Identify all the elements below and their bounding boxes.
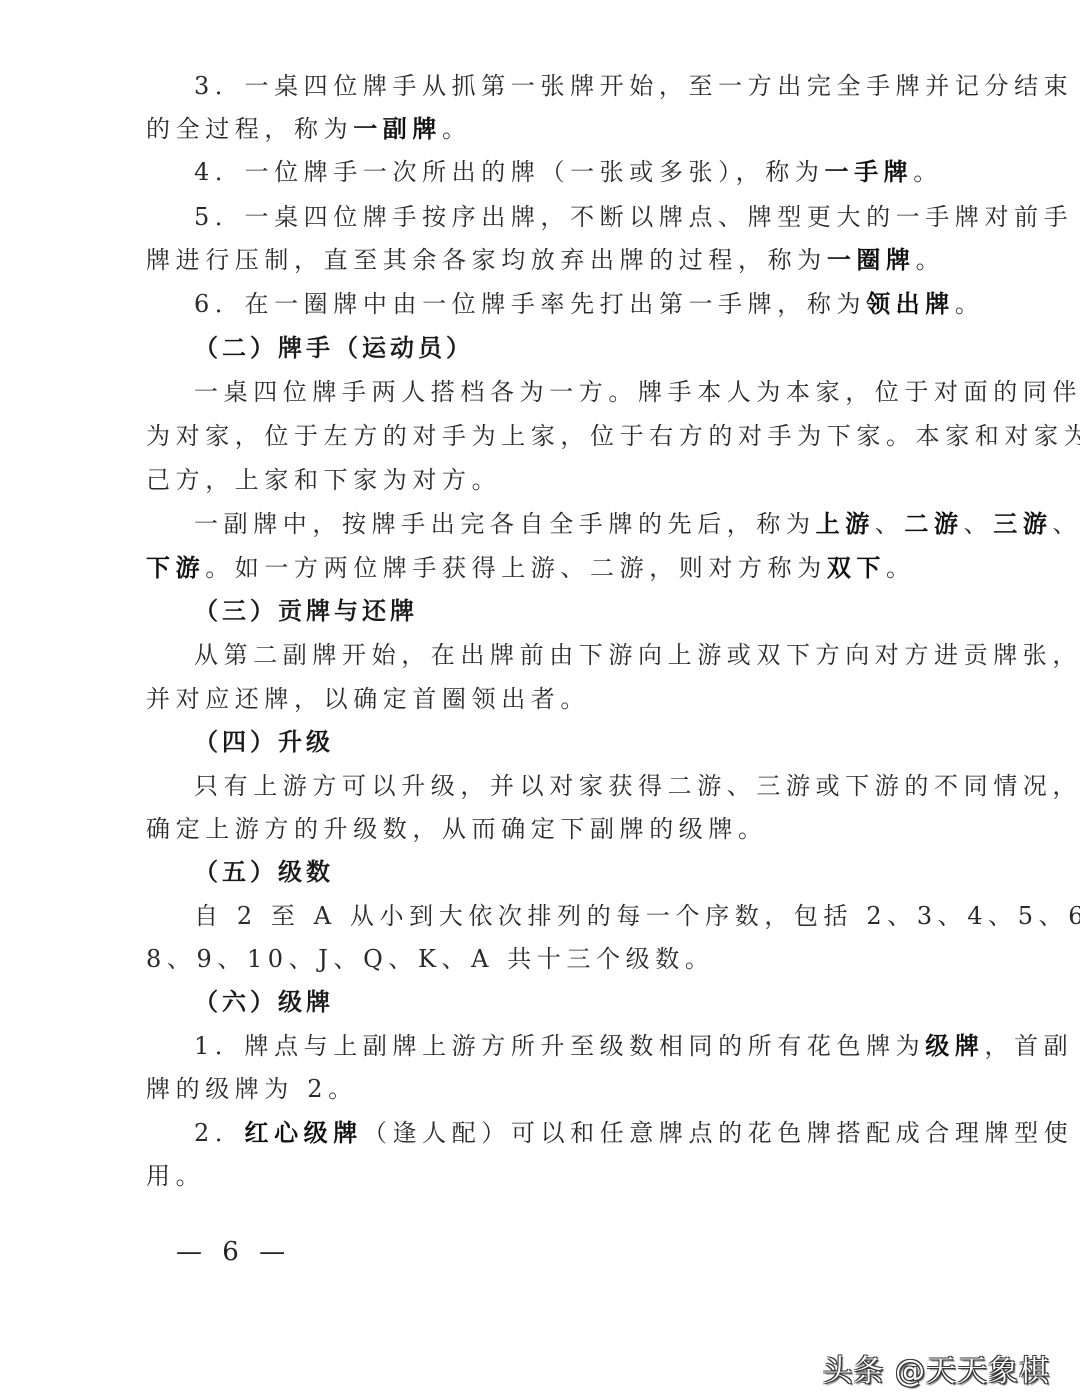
text-run: 为对家，位于左方的对手为上家，位于右方的对手为下家。本家和对家为 xyxy=(146,422,1080,450)
paragraph-line: 只有上游方可以升级，并以对家获得二游、三游或下游的不同情况， xyxy=(194,771,946,801)
text-run: 一桌四位牌手两人搭档各为一方。牌手本人为本家，位于对面的同伴 xyxy=(194,378,1080,406)
paragraph-line: 8、9、10、J、Q、K、A 共十三个级数。 xyxy=(146,944,946,974)
bold-term: 下游 xyxy=(146,553,205,582)
text-run: （五）级数 xyxy=(194,857,334,886)
paragraph-line: 的全过程，称为一副牌。 xyxy=(146,114,946,144)
paragraph-line: 1．牌点与上副牌上游方所升至级数相同的所有花色牌为级牌，首副 xyxy=(194,1031,946,1061)
paragraph-line: 一副牌中，按牌手出完各自全手牌的先后，称为上游、二游、三游、 xyxy=(194,509,946,539)
text-run: 、 xyxy=(1052,510,1080,538)
section-heading: （五）级数 xyxy=(194,857,946,887)
bold-term: 一手牌 xyxy=(824,157,913,186)
text-run: 3．一桌四位牌手从抓第一张牌开始，至一方出完全手牌并记分结束 xyxy=(194,72,1073,100)
section-heading: （三）贡牌与还牌 xyxy=(194,596,946,626)
watermark: 头条 @天天象棋 xyxy=(822,1346,1050,1390)
text-run: 用。 xyxy=(146,1162,205,1190)
text-run: 自 2 至 A 从小到大依次排列的每一个序数，包括 2、3、4、5、6、7、 xyxy=(194,902,1080,930)
bold-term: 双下 xyxy=(827,553,886,582)
bold-term: 二游 xyxy=(904,509,963,538)
bold-term: 一副牌 xyxy=(353,114,442,143)
text-run: 4．一位牌手一次所出的牌（一张或多张），称为 xyxy=(194,158,824,186)
bold-term: 级牌 xyxy=(925,1031,984,1060)
paragraph-line: 2．红心级牌（逢人配）可以和任意牌点的花色牌搭配成合理牌型使 xyxy=(194,1118,946,1148)
text-run: 1．牌点与上副牌上游方所升至级数相同的所有花色牌为 xyxy=(194,1032,925,1060)
text-run: 。如一方两位牌手获得上游、二游，则对方称为 xyxy=(205,554,827,582)
text-run: 。 xyxy=(913,158,943,186)
paragraph-line: 自 2 至 A 从小到大依次排列的每一个序数，包括 2、3、4、5、6、7、 xyxy=(194,901,946,931)
document-page: 3．一桌四位牌手从抓第一张牌开始，至一方出完全手牌并记分结束的全过程，称为一副牌… xyxy=(0,0,1080,1396)
paragraph-line: 牌的级牌为 2。 xyxy=(146,1074,946,1104)
paragraph-line: 并对应还牌，以确定首圈领出者。 xyxy=(146,684,946,714)
paragraph-line: 4．一位牌手一次所出的牌（一张或多张），称为一手牌。 xyxy=(194,157,946,187)
paragraph-line: 己方，上家和下家为对方。 xyxy=(146,465,946,495)
section-heading: （四）升级 xyxy=(194,727,946,757)
text-run: 。 xyxy=(886,554,916,582)
text-run: 5．一桌四位牌手按序出牌，不断以牌点、牌型更大的一手牌对前手 xyxy=(194,203,1073,231)
bold-term: 三游 xyxy=(993,509,1052,538)
text-run: ，首副 xyxy=(984,1032,1073,1060)
bold-term: 上游 xyxy=(816,509,875,538)
text-run: （三）贡牌与还牌 xyxy=(194,596,418,625)
text-run: 并对应还牌，以确定首圈领出者。 xyxy=(146,685,590,713)
paragraph-line: 从第二副牌开始，在出牌前由下游向上游或双下方向对方进贡牌张， xyxy=(194,640,946,670)
text-run: （二）牌手（运动员） xyxy=(194,333,474,362)
paragraph-line: 一桌四位牌手两人搭档各为一方。牌手本人为本家，位于对面的同伴 xyxy=(194,377,946,407)
section-heading: （二）牌手（运动员） xyxy=(194,333,946,363)
text-run: 己方，上家和下家为对方。 xyxy=(146,466,501,494)
paragraph-line: 为对家，位于左方的对手为上家，位于右方的对手为下家。本家和对家为 xyxy=(146,421,946,451)
page-number: — 6 — xyxy=(176,1237,291,1267)
paragraph-line: 牌进行压制，直至其余各家均放弃出牌的过程，称为一圈牌。 xyxy=(146,245,946,275)
section-heading: （六）级牌 xyxy=(194,987,946,1017)
text-run: 确定上游方的升级数，从而确定下副牌的级牌。 xyxy=(146,815,768,843)
text-run: 只有上游方可以升级，并以对家获得二游、三游或下游的不同情况， xyxy=(194,772,1080,800)
bold-term: 红心级牌 xyxy=(244,1118,362,1147)
text-run: 。 xyxy=(442,115,472,143)
text-run: 一副牌中，按牌手出完各自全手牌的先后，称为 xyxy=(194,510,816,538)
paragraph-line: 6．在一圈牌中由一位牌手率先打出第一手牌，称为领出牌。 xyxy=(194,289,946,319)
paragraph-line: 用。 xyxy=(146,1161,946,1191)
text-run: 6．在一圈牌中由一位牌手率先打出第一手牌，称为 xyxy=(194,290,866,318)
text-run: （四）升级 xyxy=(194,727,334,756)
text-run: （逢人配）可以和任意牌点的花色牌搭配成合理牌型使 xyxy=(363,1119,1073,1147)
paragraph-line: 确定上游方的升级数，从而确定下副牌的级牌。 xyxy=(146,814,946,844)
text-run: 。 xyxy=(955,290,985,318)
text-run: 从第二副牌开始，在出牌前由下游向上游或双下方向对方进贡牌张， xyxy=(194,641,1080,669)
text-run: 牌的级牌为 2。 xyxy=(146,1075,358,1103)
text-run: 、 xyxy=(875,510,905,538)
text-run: 、 xyxy=(964,510,994,538)
paragraph-line: 下游。如一方两位牌手获得上游、二游，则对方称为双下。 xyxy=(146,553,946,583)
text-run: 8、9、10、J、Q、K、A 共十三个级数。 xyxy=(146,945,714,973)
text-run: （六）级牌 xyxy=(194,987,334,1016)
bold-term: 领出牌 xyxy=(866,289,955,318)
text-run: 的全过程，称为 xyxy=(146,115,353,143)
text-run: 。 xyxy=(916,246,946,274)
paragraph-line: 5．一桌四位牌手按序出牌，不断以牌点、牌型更大的一手牌对前手 xyxy=(194,202,946,232)
paragraph-line: 3．一桌四位牌手从抓第一张牌开始，至一方出完全手牌并记分结束 xyxy=(194,71,946,101)
bold-term: 一圈牌 xyxy=(827,245,916,274)
text-run: 牌进行压制，直至其余各家均放弃出牌的过程，称为 xyxy=(146,246,827,274)
text-run: 2． xyxy=(194,1119,244,1147)
